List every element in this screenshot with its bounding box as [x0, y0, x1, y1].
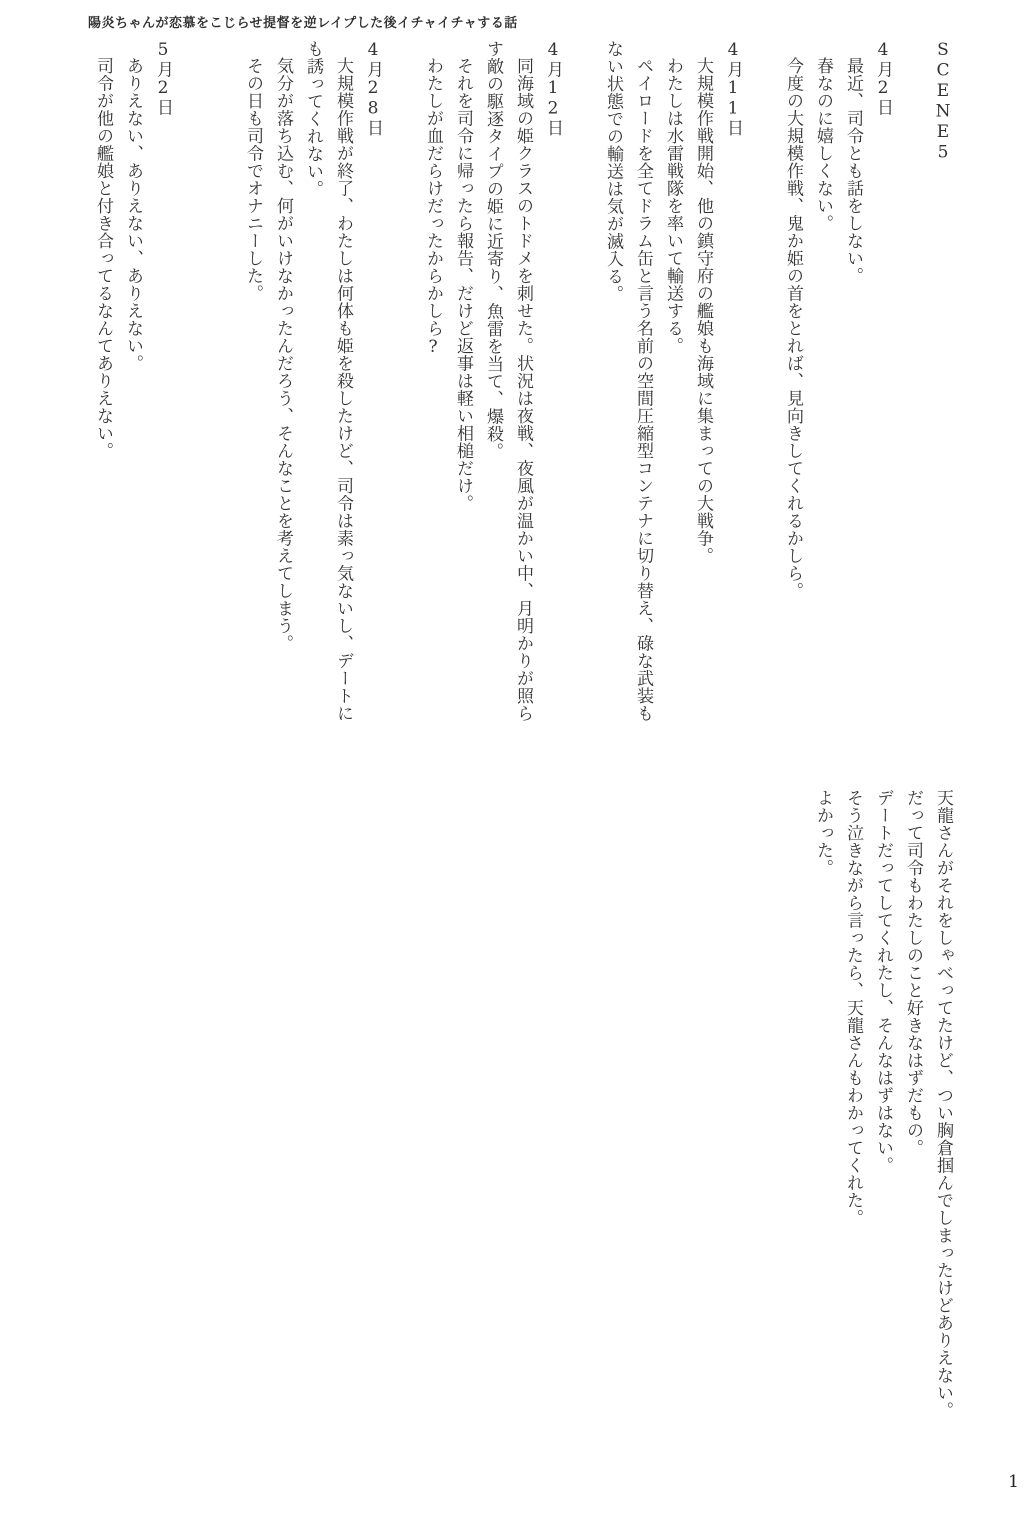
diary-line: よかった。 — [808, 772, 838, 1456]
diary-line: 気分が落ち込む、何がいけなかったんだろう、そんなことを考えてしまう。 — [268, 40, 298, 724]
entry-date: 5月2日 — [148, 40, 178, 724]
diary-text-block-2: 天龍さんがそれをしゃべってたけど、つい胸倉掴んでしまったけどありえない。 だって… — [808, 772, 958, 1456]
diary-line: ペイロードを全てドラム缶と言う名前の空間圧縮型コンテナに切り替え、碌な武装もない… — [598, 40, 658, 724]
header-title: 陽炎ちゃんが恋慕をこじらせ提督を逆レイプした後イチャイチャする話 — [88, 12, 518, 31]
diary-line: わたしが血だらけだったからかしら? — [418, 40, 448, 724]
diary-line: その日も司令でオナニーした。 — [238, 40, 268, 724]
diary-line: 天龍さんがそれをしゃべってたけど、つい胸倉掴んでしまったけどありえない。 — [928, 772, 958, 1456]
diary-line: 司令が他の艦娘と付き合ってるなんてありえない。 — [88, 40, 118, 724]
diary-entry-apr-12: 4月12日 同海域の姫クラスのトドメを刺せた。状況は夜戦、夜風が温かい中、月明か… — [418, 40, 568, 724]
scene-label: SCENE5 — [928, 40, 958, 724]
entry-date: 4月2日 — [868, 40, 898, 724]
document-page: 陽炎ちゃんが恋慕をこじらせ提督を逆レイプした後イチャイチャする話 SCENE5 … — [0, 0, 1024, 1524]
diary-entry-may-2: 5月2日 ありえない、ありえない、ありえない。 司令が他の艦娘と付き合ってるなん… — [88, 40, 178, 724]
diary-line: 同海域の姫クラスのトドメを刺せた。状況は夜戦、夜風が温かい中、月明かりが照らす敵… — [478, 40, 538, 724]
diary-line: わたしは水雷戦隊を率いて輸送する。 — [658, 40, 688, 724]
diary-line: だって司令もわたしのこと好きなはずだもの。 — [898, 772, 928, 1456]
diary-entry-apr-11: 4月11日 大規模作戦開始、他の鎮守府の艦娘も海域に集まっての大戦争。 わたしは… — [598, 40, 748, 724]
diary-text-block-1: SCENE5 4月2日 最近、司令とも話をしない。 春なのに嬉しくない。 今度の… — [88, 40, 958, 724]
diary-line: それを司令に帰ったら報告、だけど返事は軽い相槌だけ。 — [448, 40, 478, 724]
diary-line: 春なのに嬉しくない。 — [808, 40, 838, 724]
entry-date: 4月28日 — [358, 40, 388, 724]
diary-entry-apr-2: 4月2日 最近、司令とも話をしない。 春なのに嬉しくない。 今度の大規模作戦、鬼… — [778, 40, 898, 724]
diary-line: そう泣きながら言ったら、天龍さんもわかってくれた。 — [838, 772, 868, 1456]
diary-line: ありえない、ありえない、ありえない。 — [118, 40, 148, 724]
entry-date: 4月12日 — [538, 40, 568, 724]
diary-line: 今度の大規模作戦、鬼か姫の首をとれば、見向きしてくれるかしら。 — [778, 40, 808, 724]
diary-line: デートだってしてくれたし、そんなはずはない。 — [868, 772, 898, 1456]
diary-line: 最近、司令とも話をしない。 — [838, 40, 868, 724]
diary-entry-apr-28: 4月28日 大規模作戦が終了、わたしは何体も姫を殺したけど、司令は素っ気ないし、… — [238, 40, 388, 724]
page-number: 1 — [1008, 1472, 1019, 1492]
diary-line: 大規模作戦開始、他の鎮守府の艦娘も海域に集まっての大戦争。 — [688, 40, 718, 724]
diary-line: 大規模作戦が終了、わたしは何体も姫を殺したけど、司令は素っ気ないし、デートにも誘… — [298, 40, 358, 724]
entry-date: 4月11日 — [718, 40, 748, 724]
